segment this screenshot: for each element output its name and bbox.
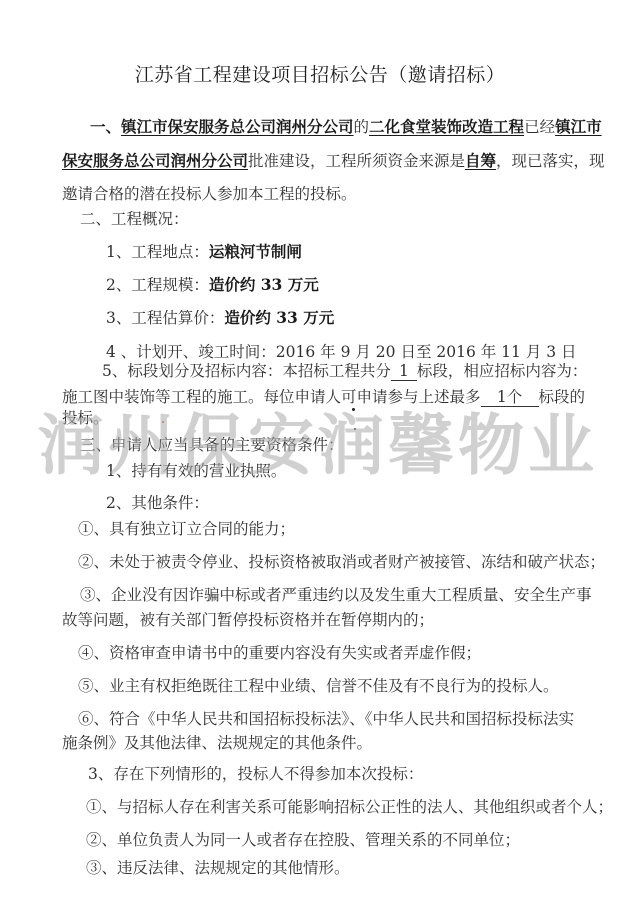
condition-1: ①、具有独立订立合同的能力； xyxy=(78,519,598,539)
section2-item2: 2、工程规模：造价约 33 万元 xyxy=(106,275,626,295)
section1-line2: 保安服务总公司润州分公司批准建设，工程所须资金来源是自筹，现已落实，现 xyxy=(62,151,582,171)
item5-line2-text: 施工图中装饰等工程的施工。每位申请人可申请参与上述最多 xyxy=(62,388,481,406)
section3-heading: 三、申请人应当具备的主要资格条件： xyxy=(80,435,600,455)
exclusion-1: ①、与招标人存在利害关系可能影响招标公正性的法人、其他组织或者个人； xyxy=(86,797,606,817)
section1-approved: 已经 xyxy=(524,118,555,136)
item2-label: 2、工程规模： xyxy=(106,276,209,294)
section3-item1: 1、持有有效的营业执照。 xyxy=(106,461,626,481)
section1-line3: 邀请合格的潜在投标人参加本工程的投标。 xyxy=(62,184,582,204)
section3-item2: 2、其他条件： xyxy=(106,493,626,513)
section2-item5-line2: 施工图中装饰等工程的施工。每位申请人可申请参与上述最多1个标段的 xyxy=(62,387,582,407)
item1-label: 1、工程地点： xyxy=(106,243,209,261)
section2-item4-schedule: 4 、计划开、竣工时间：2016 年 9 月 20 日至 2016 年 11 月… xyxy=(106,342,626,362)
project-location: 运粮河节制闸 xyxy=(209,242,302,261)
item5-label: 5、标段划分及招标内容：本招标工程共分 xyxy=(102,362,391,380)
condition-3-cont: 故等问题，被有关部门暂停投标资格并在暂停期内的； xyxy=(62,610,582,630)
lot-count: 1 xyxy=(391,362,417,381)
condition-6: ⑥、符合《中华人民共和国招标投标法》、《中华人民共和国招标投标法实 xyxy=(78,709,598,729)
section2-item5-line1: 5、标段划分及招标内容：本招标工程共分1标段，相应招标内容为： xyxy=(102,361,622,381)
item5-line2-after: 标段的 xyxy=(539,388,586,406)
project-scale: 造价约 33 万元 xyxy=(209,275,319,294)
condition-6-cont: 施条例》及其他法律、法规规定的其他条件。 xyxy=(62,733,582,753)
scan-speck xyxy=(354,428,356,430)
exclusion-3: ③、违反法律、法规规定的其他情形。 xyxy=(86,858,606,878)
max-lots: 1个 xyxy=(481,388,539,407)
section1-approval-text: 批准建设，工程所须资金来源是 xyxy=(248,152,465,170)
section1-fund-text: ，现已落实，现 xyxy=(496,152,605,170)
owner-name-part2: 保安服务总公司润州分公司 xyxy=(62,151,248,170)
scan-speck xyxy=(352,408,355,411)
estimated-price: 造价约 33 万元 xyxy=(224,308,334,327)
section2-item5-line3: 投标。 xyxy=(62,408,582,428)
section3-item3: 3、存在下列情形的，投标人不得参加本次投标： xyxy=(88,764,608,784)
item3-label: 3、工程估算价： xyxy=(106,309,224,327)
condition-4: ④、资格审查申请书中的重要内容没有失实或者弄虚作假； xyxy=(78,643,598,663)
scan-speck xyxy=(162,421,164,423)
item5-after: 标段，相应招标内容为： xyxy=(417,362,588,380)
section2-item3: 3、工程估算价：造价约 33 万元 xyxy=(106,308,626,328)
owner-name: 镇江市保安服务总公司润州分公司 xyxy=(121,117,354,136)
section2-heading: 二、工程概况： xyxy=(80,209,600,229)
fund-source: 自筹 xyxy=(465,151,496,170)
section1-prefix: 一、 xyxy=(90,117,121,136)
project-name: 二化食堂装饰改造工程 xyxy=(369,117,524,136)
condition-5: ⑤、业主有权拒绝既往工程中业绩、信誉不佳及有不良行为的投标人。 xyxy=(78,676,598,696)
condition-3: ③、企业没有因诈骗中标或者严重违约以及发生重大工程质量、安全生产事 xyxy=(80,585,600,605)
document-title: 江苏省工程建设项目招标公告（邀请招标） xyxy=(0,60,640,87)
section2-item1: 1、工程地点：运粮河节制闸 xyxy=(106,242,626,262)
section1-line1: 一、镇江市保安服务总公司润州分公司的二化食堂装饰改造工程已经镇江市 xyxy=(90,117,610,137)
exclusion-2: ②、单位负责人为同一人或者存在控股、管理关系的不同单位； xyxy=(86,830,606,850)
section1-of: 的 xyxy=(354,118,370,136)
scanned-document-page: 江苏省工程建设项目招标公告（邀请招标） 一、镇江市保安服务总公司润州分公司的二化… xyxy=(0,0,640,914)
owner-name-part1: 镇江市 xyxy=(555,117,602,136)
condition-2: ②、未处于被责令停业、投标资格被取消或者财产被接管、冻结和破产状态； xyxy=(78,552,598,572)
